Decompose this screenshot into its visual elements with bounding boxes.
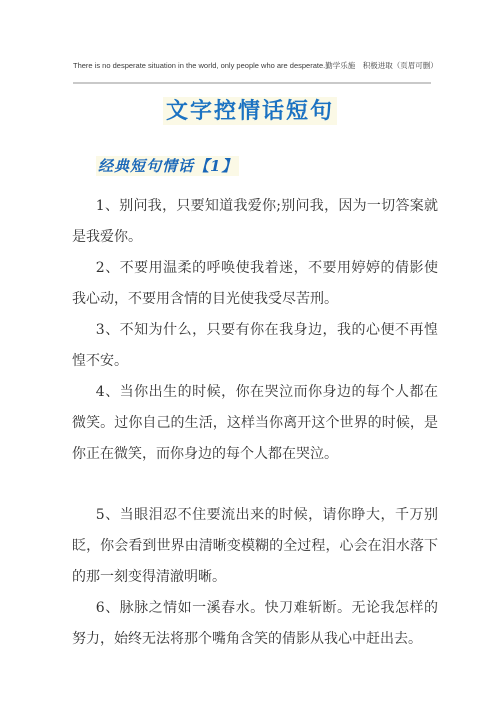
page-title: 文字控情话短句 [0, 94, 500, 125]
paragraph-3: 3、不知为什么，只要有你在我身边，我的心便不再惶惶不安。 [72, 315, 438, 377]
header-divider [73, 82, 431, 84]
section-heading-text: 经典短句情话【1】 [96, 156, 239, 176]
paragraph-5: 5、当眼泪忍不住要流出来的时候，请你睁大，千万别眨，你会看到世界由清晰变模糊的全… [72, 500, 438, 593]
page-title-text: 文字控情话短句 [163, 97, 337, 125]
paragraph-2: 2、不要用温柔的呼唤使我着迷，不要用婷婷的倩影使我心动，不要用含情的目光使我受尽… [72, 253, 438, 315]
section-heading: 经典短句情话【1】 [96, 155, 239, 176]
paragraph-1: 1、别问我，只要知道我爱你;别问我，因为一切答案就是我爱你。 [72, 191, 438, 253]
paragraph-6: 6、脉脉之情如一溪春水。快刀难斩断。无论我怎样的努力，始终无法将那个嘴角含笑的倩… [72, 593, 438, 655]
document-body: 1、别问我，只要知道我爱你;别问我，因为一切答案就是我爱你。 2、不要用温柔的呼… [72, 191, 438, 655]
page-header-text: There is no desperate situation in the w… [73, 61, 433, 71]
document-page: There is no desperate situation in the w… [0, 0, 500, 708]
paragraph-4: 4、当你出生的时候，你在哭泣而你身边的每个人都在微笑。过你自己的生活，这样当你离… [72, 377, 438, 470]
